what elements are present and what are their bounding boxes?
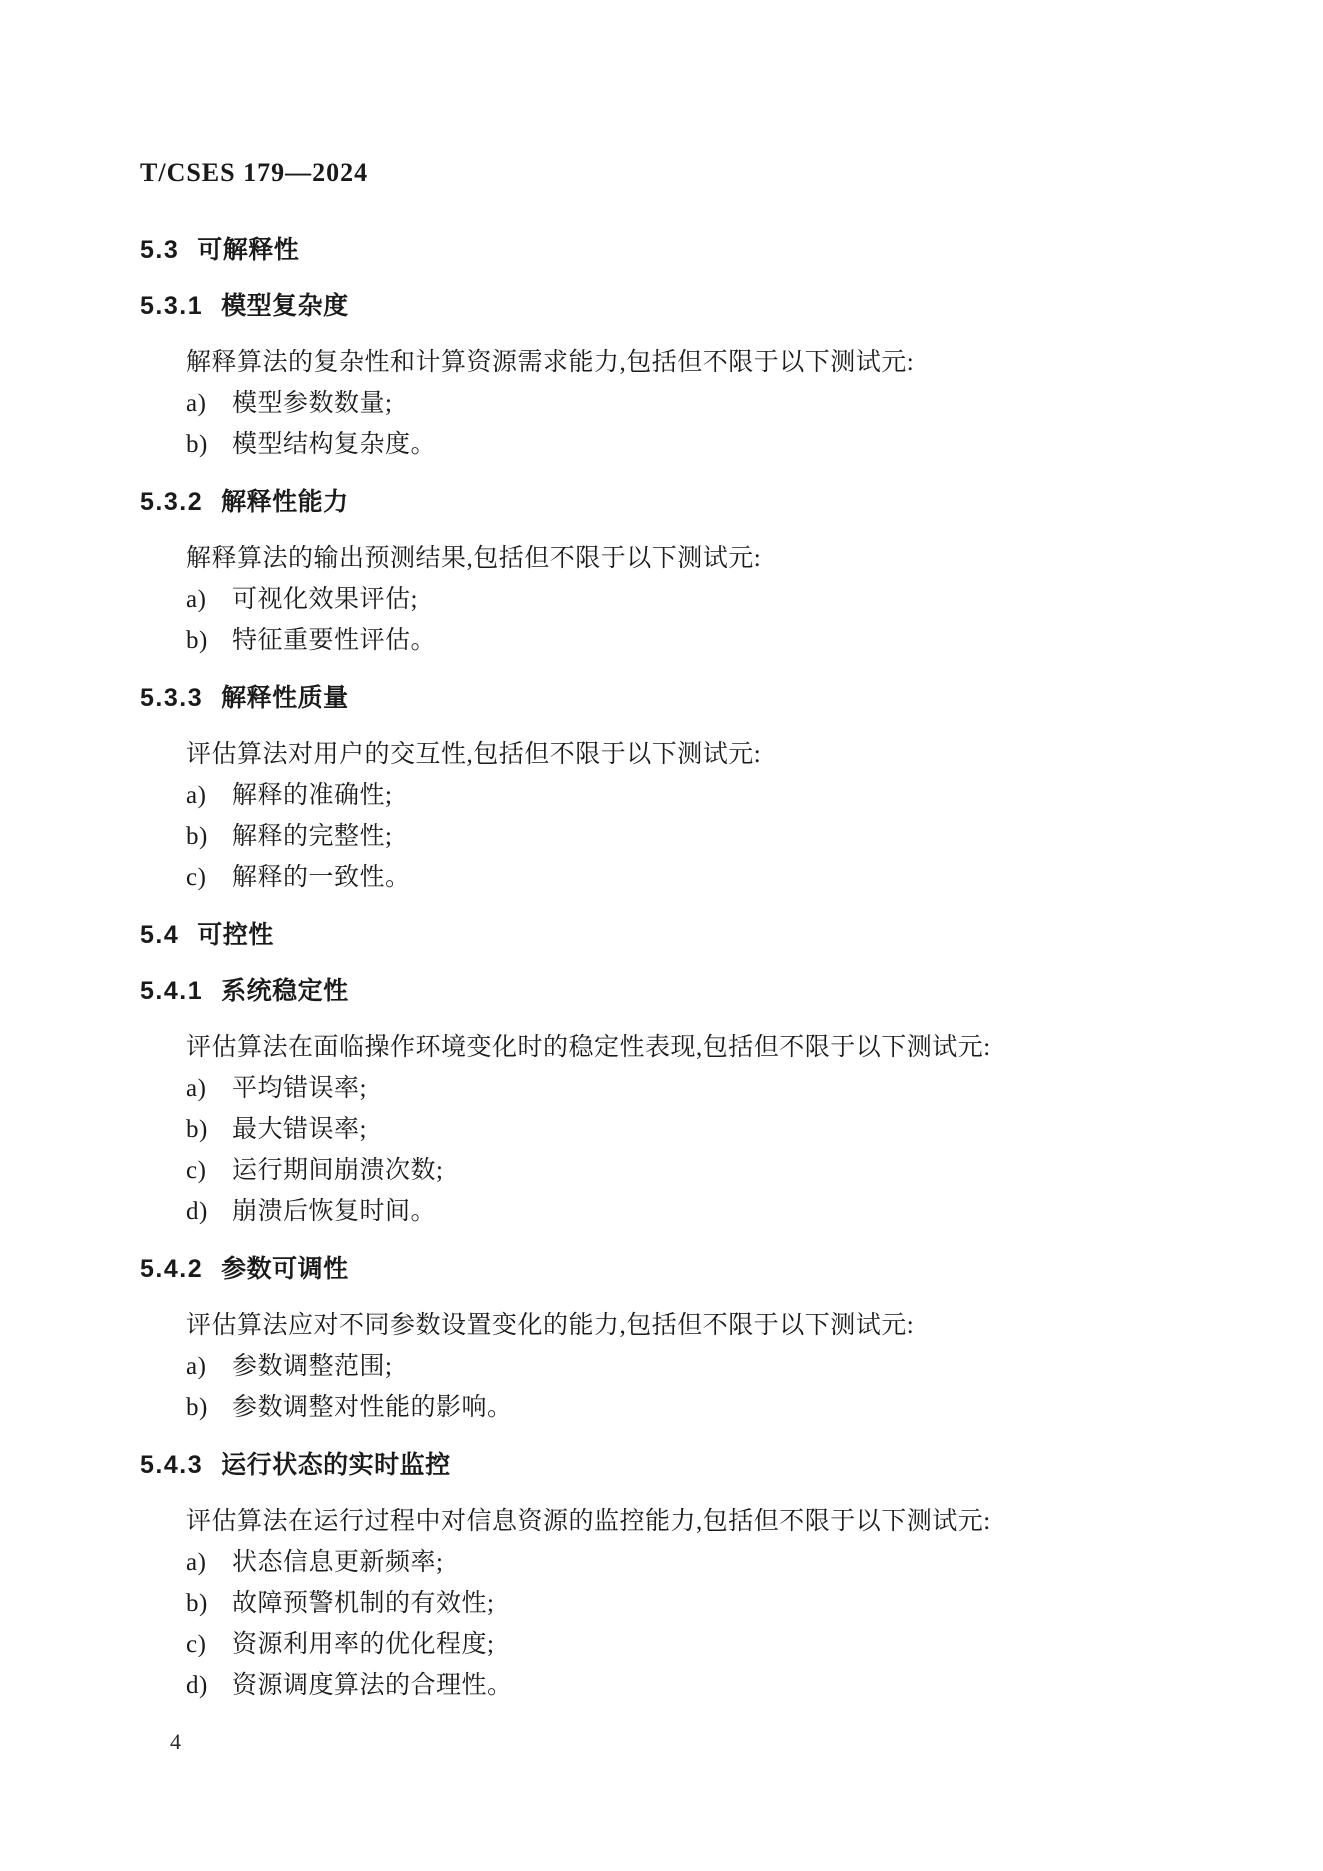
section-body: 评估算法在面临操作环境变化时的稳定性表现,包括但不限于以下测试元: (186, 1031, 1263, 1065)
list-item-label: b) (186, 428, 232, 462)
page-number: 4 (170, 1725, 1263, 1759)
list-item-text: 平均错误率; (232, 1075, 367, 1102)
list-item: c)解释的一致性。 (186, 861, 1263, 895)
list-item: a)状态信息更新频率; (186, 1546, 1263, 1580)
heading-5-4-1: 5.4.1系统稳定性 (140, 975, 1263, 1007)
document-page: T/CSES 179—2024 5.3可解释性 5.3.1模型复杂度 解释算法的… (0, 0, 1323, 1871)
list-item-label: d) (186, 1669, 232, 1703)
heading-number: 5.3.2 (140, 488, 203, 516)
list-item-label: b) (186, 624, 232, 658)
list-item-text: 参数调整对性能的影响。 (232, 1394, 513, 1421)
list-item-text: 解释的一致性。 (232, 864, 411, 891)
list-item-text: 解释的准确性; (232, 782, 392, 809)
list-item-label: b) (186, 1391, 232, 1425)
list-item: b)特征重要性评估。 (186, 624, 1263, 658)
list-item: d)崩溃后恢复时间。 (186, 1195, 1263, 1229)
list-item: b)故障预警机制的有效性; (186, 1587, 1263, 1621)
section-body: 评估算法对用户的交互性,包括但不限于以下测试元: (186, 738, 1263, 772)
heading-title: 可控性 (197, 921, 274, 949)
standard-number: T/CSES 179—2024 (140, 158, 1263, 188)
list-item-label: b) (186, 1113, 232, 1147)
list-item-label: a) (186, 583, 232, 617)
heading-5-3-2: 5.3.2解释性能力 (140, 486, 1263, 518)
list-item: c)运行期间崩溃次数; (186, 1154, 1263, 1188)
list-item: a)参数调整范围; (186, 1350, 1263, 1384)
heading-title: 系统稳定性 (221, 977, 349, 1005)
heading-5-4-3: 5.4.3运行状态的实时监控 (140, 1449, 1263, 1481)
heading-5-3-3: 5.3.3解释性质量 (140, 682, 1263, 714)
heading-title: 模型复杂度 (221, 292, 349, 320)
list-item-text: 故障预警机制的有效性; (232, 1590, 494, 1617)
heading-number: 5.4.3 (140, 1451, 203, 1479)
list-item-text: 资源利用率的优化程度; (232, 1631, 494, 1658)
list-item-label: b) (186, 1587, 232, 1621)
section-body: 评估算法应对不同参数设置变化的能力,包括但不限于以下测试元: (186, 1309, 1263, 1343)
list-item: a)解释的准确性; (186, 779, 1263, 813)
heading-5-3: 5.3可解释性 (140, 234, 1263, 266)
list-item-label: c) (186, 1628, 232, 1662)
section-body: 评估算法在运行过程中对信息资源的监控能力,包括但不限于以下测试元: (186, 1505, 1263, 1539)
list-item-label: a) (186, 1350, 232, 1384)
heading-number: 5.3.3 (140, 684, 203, 712)
list-item-label: a) (186, 779, 232, 813)
list-item: b)最大错误率; (186, 1113, 1263, 1147)
list-item-label: b) (186, 820, 232, 854)
heading-title: 运行状态的实时监控 (221, 1451, 451, 1479)
list-item-text: 模型参数数量; (232, 390, 392, 417)
list-item-label: c) (186, 861, 232, 895)
list-item-text: 最大错误率; (232, 1116, 367, 1143)
list-item-text: 解释的完整性; (232, 823, 392, 850)
heading-5-4: 5.4可控性 (140, 919, 1263, 951)
list-item-text: 特征重要性评估。 (232, 627, 436, 654)
heading-title: 解释性质量 (221, 684, 349, 712)
list-item: d)资源调度算法的合理性。 (186, 1669, 1263, 1703)
list-item-text: 状态信息更新频率; (232, 1549, 443, 1576)
list-item: a)平均错误率; (186, 1072, 1263, 1106)
list-item-text: 崩溃后恢复时间。 (232, 1198, 436, 1225)
list-item-text: 参数调整范围; (232, 1353, 392, 1380)
list-item: c)资源利用率的优化程度; (186, 1628, 1263, 1662)
heading-number: 5.4.1 (140, 977, 203, 1005)
heading-number: 5.4.2 (140, 1255, 203, 1283)
list-item-label: a) (186, 1072, 232, 1106)
list-item: a)可视化效果评估; (186, 583, 1263, 617)
heading-title: 参数可调性 (221, 1255, 349, 1283)
heading-5-3-1: 5.3.1模型复杂度 (140, 290, 1263, 322)
heading-5-4-2: 5.4.2参数可调性 (140, 1253, 1263, 1285)
list-item-label: d) (186, 1195, 232, 1229)
heading-title: 可解释性 (197, 236, 299, 264)
section-body: 解释算法的复杂性和计算资源需求能力,包括但不限于以下测试元: (186, 346, 1263, 380)
list-item: b)解释的完整性; (186, 820, 1263, 854)
list-item-label: c) (186, 1154, 232, 1188)
heading-title: 解释性能力 (221, 488, 349, 516)
heading-number: 5.3.1 (140, 292, 203, 320)
list-item: b)模型结构复杂度。 (186, 428, 1263, 462)
list-item-text: 模型结构复杂度。 (232, 431, 436, 458)
heading-number: 5.4 (140, 921, 179, 949)
list-item-text: 可视化效果评估; (232, 586, 418, 613)
list-item-text: 资源调度算法的合理性。 (232, 1672, 513, 1699)
heading-number: 5.3 (140, 236, 179, 264)
list-item-label: a) (186, 1546, 232, 1580)
list-item-label: a) (186, 387, 232, 421)
list-item: a)模型参数数量; (186, 387, 1263, 421)
section-body: 解释算法的输出预测结果,包括但不限于以下测试元: (186, 542, 1263, 576)
list-item-text: 运行期间崩溃次数; (232, 1157, 443, 1184)
list-item: b)参数调整对性能的影响。 (186, 1391, 1263, 1425)
